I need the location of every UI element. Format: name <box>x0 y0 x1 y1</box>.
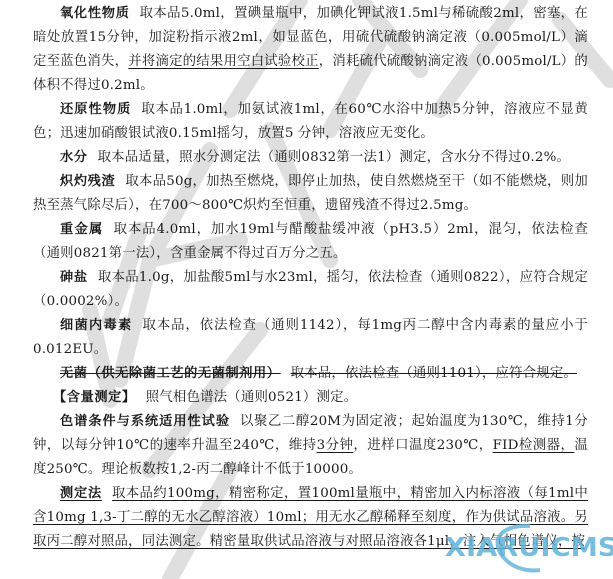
site-logo: XIARUICMS <box>445 533 613 563</box>
underlined-text: 并将滴定的结果用空白试验校正 <box>128 54 318 69</box>
paragraph-residue-on-ignition: 炽灼残渣取本品50g，加热至燃烧，即停止加热，使自然燃烧至干（如不能燃烧，则加热… <box>33 170 588 218</box>
section-heading: 重金属 <box>60 222 104 237</box>
document-page: 氧化性物质取本品5.0ml，置碘量瓶中，加碘化钾试液1.5ml与稀硫酸2ml，密… <box>0 0 613 579</box>
section-heading: 炽灼残渣 <box>60 174 115 189</box>
document-body: 氧化性物质取本品5.0ml，置碘量瓶中，加碘化钾试液1.5ml与稀硫酸2ml，密… <box>33 2 588 554</box>
paragraph-arsenic: 砷盐取本品1.0g，加盐酸5ml与水23ml，摇匀，依法检查（通则0822），应… <box>33 266 588 314</box>
paragraph-reducing-substances: 还原性物质取本品1.0ml，加氨试液1ml，在60℃水浴中加热5分钟，溶液应不显… <box>33 98 588 146</box>
section-heading: 氧化性物质 <box>60 6 130 21</box>
paragraph-text: 取本品50g，加热至燃烧，即停止加热，使自然燃烧至干（如不能燃烧，则加热至蒸气除… <box>33 174 588 213</box>
paragraph-text: 取本品1.0g，加盐酸5ml与水23ml，摇匀，依法检查（通则0822），应符合… <box>33 270 588 309</box>
section-heading: 色谱条件与系统适用性试验 <box>60 414 230 429</box>
section-heading: 还原性物质 <box>60 102 131 117</box>
section-heading: 水分 <box>60 150 88 165</box>
paragraph-water: 水分取本品适量，照水分测定法（通则0832第一法1）测定，含水分不得过0.2%。 <box>33 146 588 170</box>
struck-text: 取本品，依法检查（通则1101），应符合规定。 <box>291 366 577 381</box>
section-heading: 细菌内毒素 <box>60 318 133 333</box>
paragraph-text: 取本品适量，照水分测定法（通则0832第一法1）测定，含水分不得过0.2%。 <box>98 150 571 165</box>
paragraph-assay: 【含量测定】照气相色谱法（通则0521）测定。 <box>33 386 588 410</box>
section-heading: 【含量测定】 <box>53 390 136 405</box>
paragraph-sterility: 无菌（供无除菌工艺的无菌制剂用）取本品，依法检查（通则1101），应符合规定。 <box>33 362 588 386</box>
paragraph-bacterial-endotoxins: 细菌内毒素取本品，依法检查（通则1142），每1mg丙二醇中含内毒素的量应小于0… <box>33 314 588 362</box>
paragraph-chromatographic-conditions: 色谱条件与系统适用性试验以聚乙二醇20M为固定液；起始温度为130℃，维持1分钟… <box>33 410 588 482</box>
section-heading: 测定法 <box>60 486 102 501</box>
paragraph-text: 取本品4.0ml，加水19ml与醋酸盐缓冲液（pH3.5）2ml，混匀，依法检查… <box>33 222 588 261</box>
section-heading: 砷盐 <box>60 270 88 285</box>
paragraph-heavy-metals: 重金属取本品4.0ml，加水19ml与醋酸盐缓冲液（pH3.5）2ml，混匀，依… <box>33 218 588 266</box>
paragraph-text: ，进样口温度230℃， <box>353 438 492 453</box>
section-heading: 无菌（供无除菌工艺的无菌制剂用） <box>60 366 281 381</box>
paragraph-oxidizing-substances: 氧化性物质取本品5.0ml，置碘量瓶中，加碘化钾试液1.5ml与稀硫酸2ml，密… <box>33 2 588 98</box>
underlined-text: FID检测器， <box>493 438 575 453</box>
paragraph-text: 照气相色谱法（通则0521）测定。 <box>146 390 358 405</box>
underlined-text: 3分钟 <box>317 438 354 453</box>
